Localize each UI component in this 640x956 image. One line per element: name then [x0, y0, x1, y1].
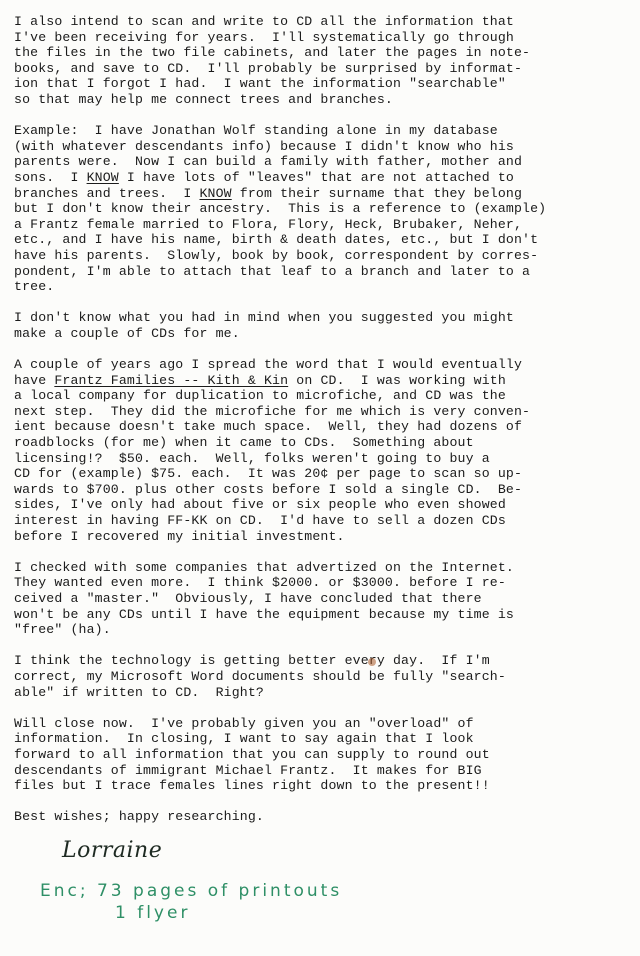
- text-line: information. In closing, I want to say a…: [14, 731, 634, 747]
- text-line: I checked with some companies that adver…: [14, 560, 634, 576]
- underlined-text: KNOW: [87, 170, 119, 185]
- enclosure-note: Enc; 73 pages of printouts 1 flyer: [40, 880, 342, 924]
- text-line: a Frantz female married to Flora, Flory,…: [14, 217, 634, 233]
- paragraph: I don't know what you had in mind when y…: [14, 310, 634, 341]
- text-line: (with whatever descendants info) because…: [14, 139, 634, 155]
- paragraph: I checked with some companies that adver…: [14, 560, 634, 638]
- text-line: ceived a "master." Obviously, I have con…: [14, 591, 634, 607]
- text-line: sons. I KNOW I have lots of "leaves" tha…: [14, 170, 634, 186]
- text-line: sides, I've only had about five or six p…: [14, 497, 634, 513]
- paragraph: I also intend to scan and write to CD al…: [14, 14, 634, 108]
- text-line: A couple of years ago I spread the word …: [14, 357, 634, 373]
- text-line: won't be any CDs until I have the equipm…: [14, 607, 634, 623]
- text-line: CD for (example) $75. each. It was 20¢ p…: [14, 466, 634, 482]
- text-line: interest in having FF-KK on CD. I'd have…: [14, 513, 634, 529]
- letter-body: I also intend to scan and write to CD al…: [14, 14, 634, 840]
- text-line: the files in the two file cabinets, and …: [14, 45, 634, 61]
- enclosure-line-2: 1 flyer: [40, 902, 342, 924]
- text-line: tree.: [14, 279, 634, 295]
- text-line: next step. They did the microfiche for m…: [14, 404, 634, 420]
- ink-stain: [368, 658, 376, 666]
- text-line: make a couple of CDs for me.: [14, 326, 634, 342]
- text-line: pondent, I'm able to attach that leaf to…: [14, 264, 634, 280]
- text-line: Will close now. I've probably given you …: [14, 716, 634, 732]
- text-line: a local company for duplication to micro…: [14, 388, 634, 404]
- text-line: have Frantz Families -- Kith & Kin on CD…: [14, 373, 634, 389]
- text-line: ient because doesn't take much space. We…: [14, 419, 634, 435]
- text-line: I don't know what you had in mind when y…: [14, 310, 634, 326]
- signature: Lorraine: [62, 838, 162, 863]
- paragraph: I think the technology is getting better…: [14, 653, 634, 700]
- text-line: so that may help me connect trees and br…: [14, 92, 634, 108]
- text-line: have his parents. Slowly, book by book, …: [14, 248, 634, 264]
- text-line: branches and trees. I KNOW from their su…: [14, 186, 634, 202]
- paragraph: A couple of years ago I spread the word …: [14, 357, 634, 544]
- text-line: I also intend to scan and write to CD al…: [14, 14, 634, 30]
- letter-page: I also intend to scan and write to CD al…: [0, 0, 640, 956]
- text-line: roadblocks (for me) when it came to CDs.…: [14, 435, 634, 451]
- underlined-text: Frantz Families -- Kith & Kin: [54, 373, 288, 388]
- paragraph: Best wishes; happy researching.: [14, 809, 634, 825]
- text-line: Best wishes; happy researching.: [14, 809, 634, 825]
- text-line: able" if written to CD. Right?: [14, 685, 634, 701]
- text-line: etc., and I have his name, birth & death…: [14, 232, 634, 248]
- text-line: ion that I forgot I had. I want the info…: [14, 76, 634, 92]
- paragraph: Will close now. I've probably given you …: [14, 716, 634, 794]
- underlined-text: KNOW: [199, 186, 231, 201]
- text-line: before I recovered my initial investment…: [14, 529, 634, 545]
- text-line: "free" (ha).: [14, 622, 634, 638]
- text-line: licensing!? $50. each. Well, folks weren…: [14, 451, 634, 467]
- paragraph: Example: I have Jonathan Wolf standing a…: [14, 123, 634, 295]
- text-line: parents were. Now I can build a family w…: [14, 154, 634, 170]
- text-line: I think the technology is getting better…: [14, 653, 634, 669]
- text-line: files but I trace females lines right do…: [14, 778, 634, 794]
- text-line: correct, my Microsoft Word documents sho…: [14, 669, 634, 685]
- text-line: Example: I have Jonathan Wolf standing a…: [14, 123, 634, 139]
- text-line: wards to $700. plus other costs before I…: [14, 482, 634, 498]
- text-line: I've been receiving for years. I'll syst…: [14, 30, 634, 46]
- text-line: books, and save to CD. I'll probably be …: [14, 61, 634, 77]
- text-line: descendants of immigrant Michael Frantz.…: [14, 763, 634, 779]
- text-line: but I don't know their ancestry. This is…: [14, 201, 634, 217]
- enclosure-line-1: Enc; 73 pages of printouts: [40, 881, 342, 901]
- text-line: forward to all information that you can …: [14, 747, 634, 763]
- text-line: They wanted even more. I think $2000. or…: [14, 575, 634, 591]
